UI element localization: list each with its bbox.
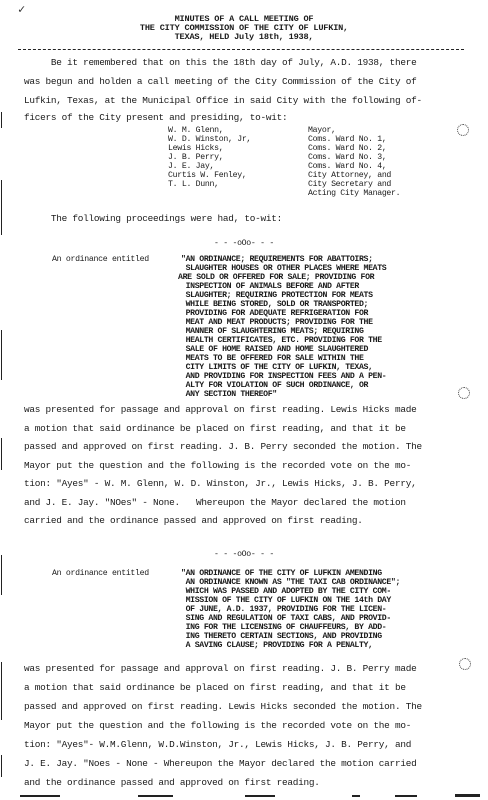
ordinance-title-line: SLAUGHTER; REQUIRING PROTECTION FOR MEAT… [181,291,373,300]
minutes-line: a motion that said ordinance be placed o… [24,682,406,693]
margin-bar [1,755,2,777]
margin-bar [1,555,2,595]
ordinance-title-line: CITY LIMITS OF THE CITY OF LUFKIN, TEXAS… [181,363,373,372]
scan-artifact [20,795,60,797]
officer-title: Coms. Ward No. 3, [308,153,386,162]
ordinance-title-line: A SAVING CLAUSE; PROVIDING FOR A PENALTY… [181,641,373,650]
ordinance-title-line: AND PROVIDING FOR INSPECTION FEES AND A … [181,372,386,381]
minutes-line: was presented for passage and approval o… [24,404,416,415]
ordinance-title-line: WHILE BEING STORED, SOLD OR TRANSPORTED; [181,300,368,309]
minutes-line: and the ordinance passed and approved on… [24,777,320,788]
minutes-line: J. E. Jay. "Noes - None - Whereupon the … [24,758,416,769]
ordinance-title-line: MEATS TO BE OFFERED FOR SALE WITHIN THE [181,354,364,363]
ordinance-title-line: "AN ORDINANCE; REQUIREMENTS FOR ABATTOIR… [181,255,373,264]
minutes-line: was presented for passage and approval o… [24,663,416,674]
section-separator: - - -oOo- - - [0,239,488,248]
hole-punch-mark-icon [457,124,469,136]
ordinance-title-line: MANNER OF SLAUGHTERING MEATS; REQUIRING [181,327,364,336]
officer-title: Acting City Manager. [308,189,400,198]
hole-punch-mark-icon [459,658,471,670]
minutes-line: passed and approved on first reading. Le… [24,701,422,712]
ordinance-lead: An ordinance entitled [52,255,149,264]
scan-artifact [395,795,417,797]
scan-artifact [352,795,360,797]
officer-name: Curtis W. Fenley, [168,171,246,180]
ordinance-title-line: ING THERETO CERTAIN SECTIONS, AND PROVID… [181,632,382,641]
minutes-line: passed and approved on first reading. J.… [24,441,422,452]
ordinance-title-line: ARE SOLD OR OFFERED FOR SALE; PROVIDING … [178,273,374,282]
ordinance-title-line: AN ORDINANCE KNOWN AS "THE TAXI CAB ORDI… [181,578,400,587]
ordinance-lead: An ordinance entitled [52,569,149,578]
ordinance-title-line: INSPECTION OF ANIMALS BEFORE AND AFTER [181,282,359,291]
margin-bar [1,112,2,128]
intro-line: ficers of the City present and presiding… [24,112,287,123]
officer-name: J. E. Jay, [168,162,214,171]
margin-bar [1,180,2,235]
officer-title: Coms. Ward No. 2, [308,144,386,153]
scan-artifact [245,795,275,797]
document-page: ✓ MINUTES OF A CALL MEETING OF THE CITY … [0,0,488,800]
ordinance-title-line: PROVIDING FOR ADEQUATE REFRIGERATION FOR [181,309,368,318]
scan-artifact [455,794,480,797]
officer-name: T. L. Dunn, [168,180,219,189]
intro-line: Lufkin, Texas, at the Municipal Office i… [24,95,422,106]
margin-bar [1,662,2,720]
ordinance-title-line: MISSION OF THE CITY OF LUFKIN ON THE 14t… [181,596,391,605]
minutes-line: Mayor put the question and the following… [24,720,411,731]
header-divider [18,49,464,50]
officer-name: W. M. Glenn, [168,126,223,135]
ordinance-title-line: ING FOR THE LICENSING OF CHAUFFEURS, BY … [181,623,386,632]
ordinance-title-line: WHICH WAS PASSED AND ADOPTED BY THE CITY… [181,587,391,596]
officer-title: Coms. Ward No. 4, [308,162,386,171]
minutes-line: tion: "Ayes" - W. M. Glenn, W. D. Winsto… [24,478,416,489]
officer-title: City Attorney, and [308,171,391,180]
officer-name: Lewis Hicks, [168,144,223,153]
intro-line: Be it remembered that on this the 18th d… [24,57,416,68]
ordinance-title-line: HEALTH CERTIFICATES, ETC. PROVIDING FOR … [181,336,382,345]
intro-line: was begun and holden a call meeting of t… [24,76,416,87]
proceedings-intro: The following proceedings were had, to-w… [24,213,282,224]
ordinance-title-line: "AN ORDINANCE OF THE CITY OF LUFKIN AMEN… [181,569,382,578]
officer-title: Coms. Ward No. 1, [308,135,386,144]
margin-bar [1,330,2,380]
officer-name: J. B. Perry, [168,153,223,162]
officer-name: W. D. Winston, Jr, [168,135,251,144]
officer-title: Mayor, [308,126,336,135]
section-separator: - - -oOo- - - [0,550,488,559]
hole-punch-mark-icon [458,387,470,399]
ordinance-title-line: SALE OF HOME RAISED AND HOME SLAUGHTERED [181,345,368,354]
minutes-line: and J. E. Jay. "NOes" - None. Whereupon … [24,497,406,508]
officer-title: City Secretary and [308,180,391,189]
ordinance-title-line: SING AND REGULATION OF TAXI CABS, AND PR… [181,614,391,623]
ordinance-title-line: ANY SECTION THEREOF" [181,390,277,399]
minutes-line: a motion that said ordinance be placed o… [24,423,406,434]
scan-artifact [138,795,173,797]
ordinance-title-line: MEAT AND MEAT PRODUCTS; PROVIDING FOR TH… [181,318,373,327]
ordinance-title-line: OF JUNE, A.D. 1937, PROVIDING FOR THE LI… [181,605,386,614]
ordinance-title-line: ALTY FOR VIOLATION OF SUCH ORDINANCE, OR [181,381,368,390]
minutes-line: Mayor put the question and the following… [24,460,411,471]
ordinance-title-line: SLAUGHTER HOUSES OR OTHER PLACES WHERE M… [181,264,386,273]
minutes-line: tion: "Ayes"- W.M.Glenn, W.D.Winston, Jr… [24,739,411,750]
margin-bar [1,438,2,470]
minutes-line: carried and the ordinance passed and app… [24,515,363,526]
header-line-3: TEXAS, HELD July 18th, 1938, [0,33,488,42]
